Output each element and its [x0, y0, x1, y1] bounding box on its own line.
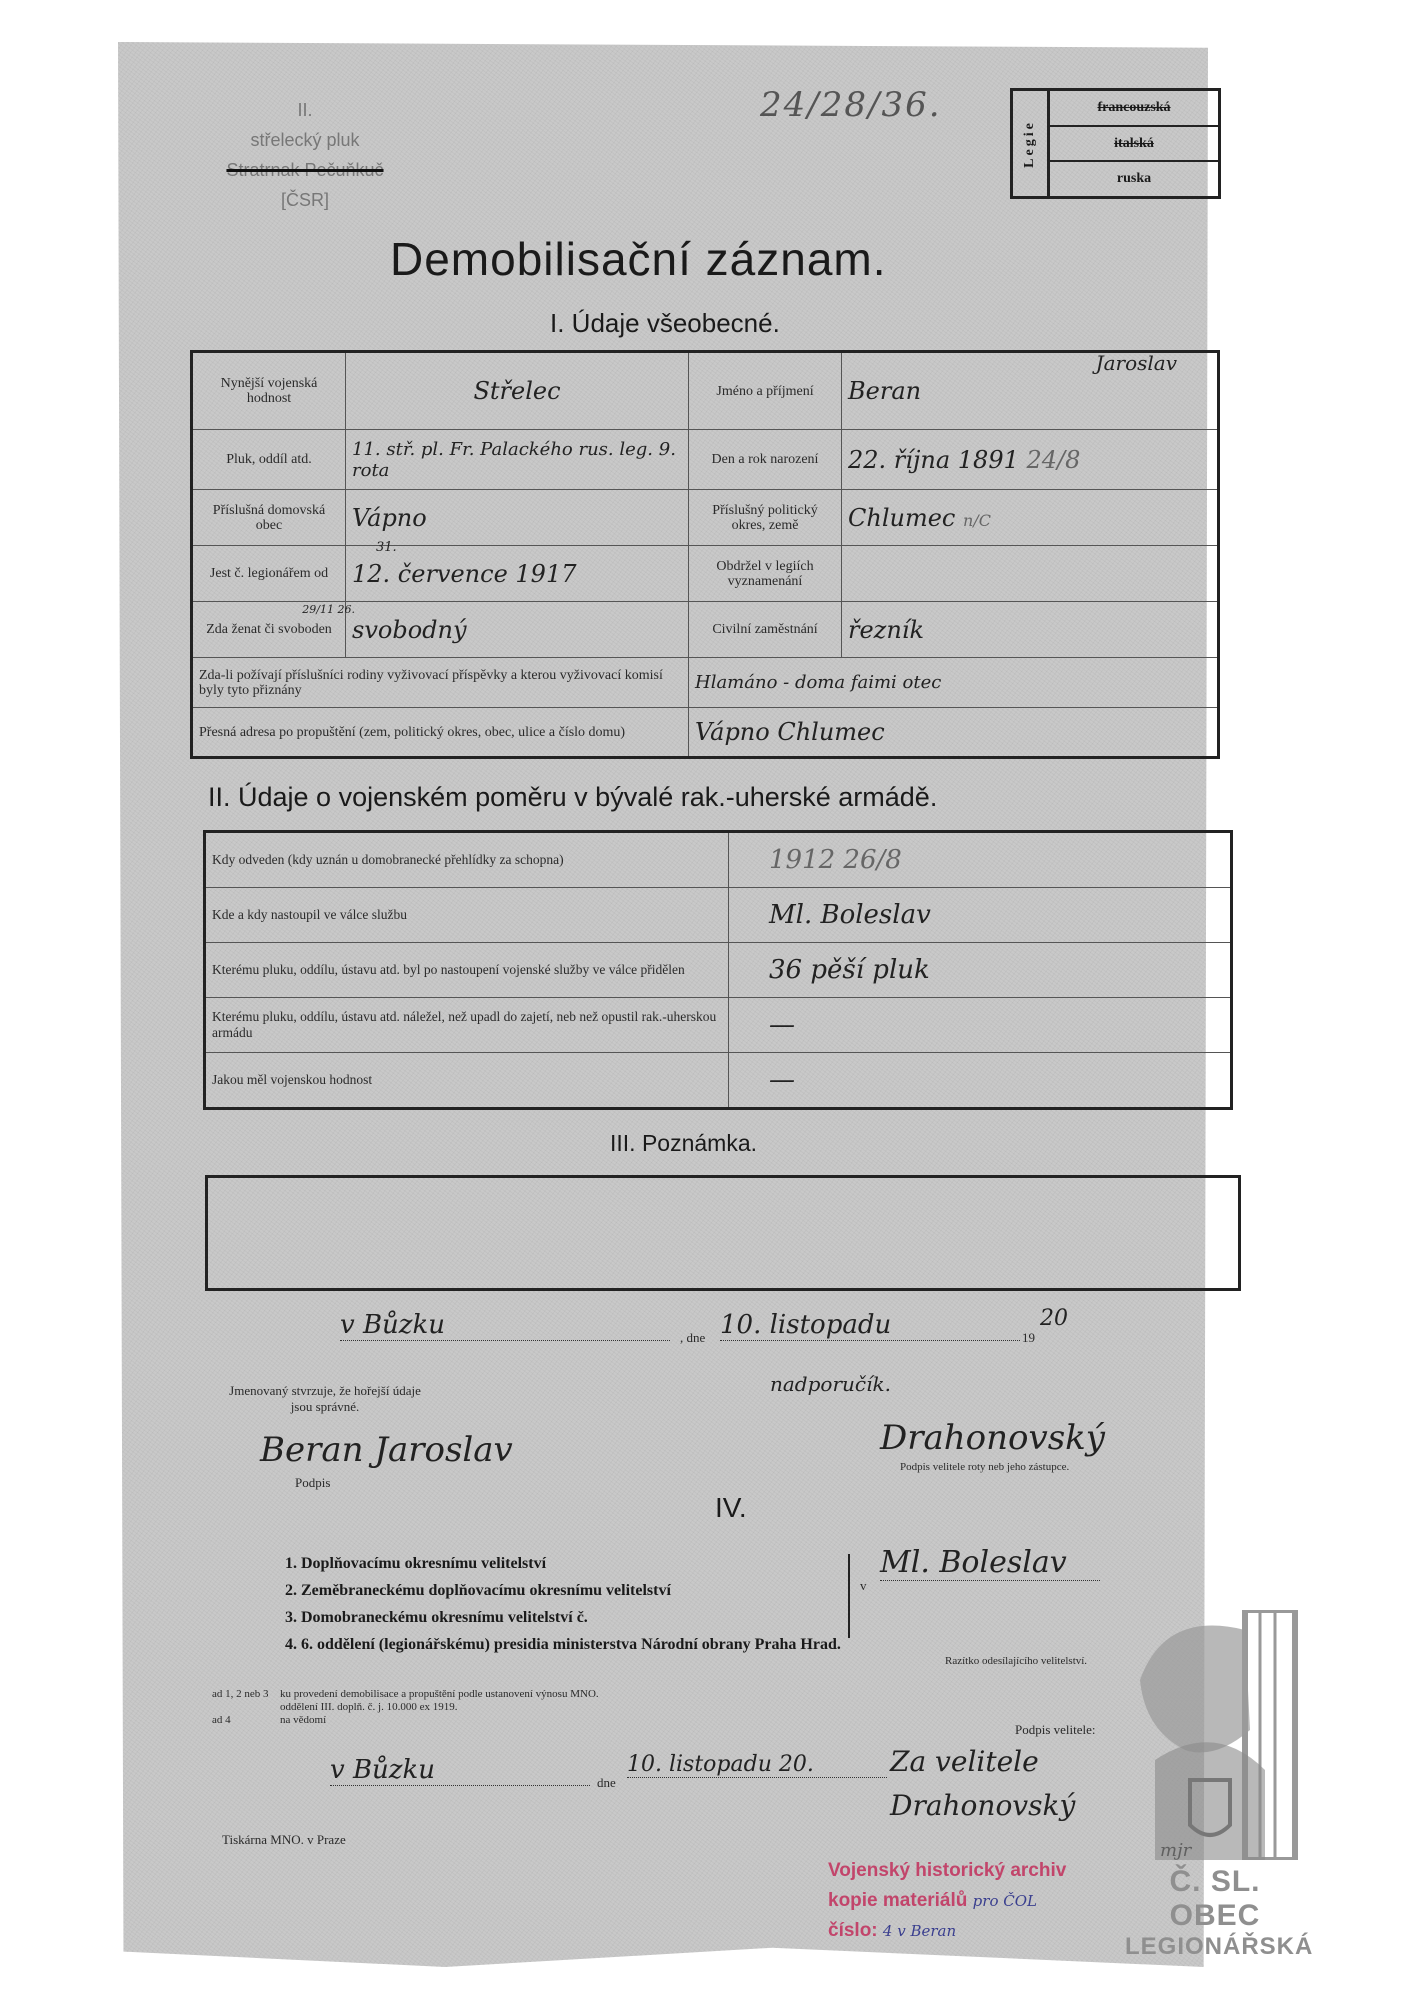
stamp-line: [ČSR]: [175, 185, 435, 215]
footnote-ref: ad 1, 2 neb 3: [212, 1688, 272, 1714]
place-field: v Bůzku: [340, 1310, 670, 1341]
officer-signature: Drahonovský: [880, 1418, 1105, 1458]
stamp-line: II.: [175, 95, 435, 125]
section3-heading: III. Poznámka.: [610, 1130, 757, 1157]
legie-option-french: francouzská: [1050, 91, 1218, 127]
field-label: Den a rok narození: [689, 430, 842, 490]
legie-box: Legie francouzská italská ruska: [1010, 88, 1221, 199]
dne-label-2: dne: [597, 1775, 616, 1791]
field-label: Příslušný politický okres, země: [689, 490, 842, 546]
field-address: Vápno Chlumec: [689, 708, 1219, 758]
section4-heading: IV.: [715, 1492, 747, 1524]
legie-option-russian: ruska: [1050, 162, 1218, 196]
soldier-signature-label: Podpis: [295, 1475, 330, 1491]
v-label: v: [860, 1578, 867, 1594]
field-annotation: 31.: [376, 540, 397, 555]
recipient-item: 3. Domobraneckému okresnímu velitelství …: [285, 1604, 841, 1631]
legie-option-italian: italská: [1050, 127, 1218, 163]
field-label: Nynější vojenská hodnost: [192, 352, 346, 430]
recipient-item: 1. Doplňovacímu okresnímu velitelství: [285, 1550, 841, 1577]
field-label: Pluk, oddíl atd.: [192, 430, 346, 490]
dne-label: , dne: [680, 1330, 705, 1346]
field-label: Přesná adresa po propuštění (zem, politi…: [192, 708, 689, 758]
document-title: Demobilisační záznam.: [390, 232, 887, 286]
footnote-text: ku provedení demobilisace a propuštění p…: [280, 1688, 610, 1714]
field-label: Jest č. legionářem od: [192, 546, 346, 602]
field-label: Zda-li požívají příslušníci rodiny vyživ…: [192, 658, 689, 708]
field-annotation: 29/11 26.: [302, 602, 355, 617]
field-label: Kde a kdy nastoupil ve válce službu: [205, 888, 729, 943]
logo-text-line2: LEGIONÁŘSKÁ: [1125, 1933, 1305, 1961]
field-unit-before-capture: —: [729, 998, 1232, 1053]
archive-stamp-line: číslo:: [828, 1920, 878, 1941]
section1-heading: I. Údaje všeobecné.: [550, 308, 780, 339]
archive-stamp: Vojenský historický archiv kopie materiá…: [828, 1856, 1066, 1946]
field-regiment: 11. stř. pl. Fr. Palackého rus. leg. 9. …: [346, 430, 689, 490]
regiment-stamp: II. střelecký pluk Stratrnak Pečuňkuč [Č…: [175, 95, 435, 215]
footnote-ref: ad 4: [212, 1714, 272, 1727]
legie-label: Legie: [1022, 120, 1038, 168]
field-home-municipality: Vápno: [346, 490, 689, 546]
recipient-list: 1. Doplňovacímu okresnímu velitelství 2.…: [285, 1550, 841, 1658]
field-family-support: Hlamáno - doma faimi otec: [689, 658, 1219, 708]
field-district: Chlumec: [848, 504, 955, 532]
general-data-table: Nynější vojenská hodnost Střelec Jméno a…: [190, 350, 1220, 759]
place-field-2: v Bůzku: [330, 1755, 590, 1786]
printer-imprint: Tiskárna MNO. v Praze: [222, 1832, 346, 1848]
archive-ink: pro ČOL: [973, 1892, 1037, 1910]
field-annotation: n/C: [963, 511, 991, 530]
field-marital-status: svobodný: [346, 602, 689, 658]
field-label: Kterému pluku, oddílu, ústavu atd. nálež…: [205, 998, 729, 1053]
date-field: 10. listopadu: [720, 1310, 1020, 1341]
legion-logo-watermark: Č. SL. OBEC LEGIONÁŘSKÁ: [1125, 1610, 1305, 1935]
stamp-line-struck: Stratrnak Pečuňkuč: [175, 155, 435, 185]
field-occupation: řezník: [842, 602, 1219, 658]
field-birthdate: 22. října 1891: [848, 446, 1019, 474]
field-firstname: Jaroslav: [1096, 351, 1177, 375]
confirmation-text: Jmenovaný stvrzuje, že hořejší údaje jso…: [225, 1383, 425, 1415]
field-label-text: Zda ženat či svoboden: [206, 622, 332, 637]
field-rank: Střelec: [346, 352, 689, 430]
footnotes: ad 1, 2 neb 3ku provedení demobilisace a…: [212, 1688, 610, 1727]
field-former-rank: —: [729, 1053, 1232, 1109]
field-label: Jakou měl vojenskou hodnost: [205, 1053, 729, 1109]
field-label: Civilní zaměstnání: [689, 602, 842, 658]
field-label: Kterému pluku, oddílu, ústavu atd. byl p…: [205, 943, 729, 998]
year-suffix: 20: [1040, 1306, 1068, 1331]
field-legionnaire-since: 12. července 1917: [352, 560, 576, 588]
field-label: Obdržel v legiích vyznamenání: [689, 546, 842, 602]
year-prefix: 19: [1022, 1330, 1035, 1346]
field-conscripted: 1912 26/8: [729, 832, 1232, 888]
archive-ink: 4 v Beran: [883, 1922, 956, 1940]
field-label: Příslušná domovská obec: [192, 490, 346, 546]
recipient-item: 2. Zeměbraneckému doplňovacímu okresnímu…: [285, 1577, 841, 1604]
logo-text-line1: Č. SL. OBEC: [1125, 1865, 1305, 1933]
field-assigned-unit: 36 pěší pluk: [729, 943, 1232, 998]
field-label: Jméno a příjmení: [689, 352, 842, 430]
field-label: Kdy odveden (kdy uznán u domobranecké př…: [205, 832, 729, 888]
stamp-label: Razítko odesílajícího velitelství.: [945, 1655, 1087, 1667]
field-service-start: Ml. Boleslav: [729, 888, 1232, 943]
archive-stamp-line: kopie materiálů: [828, 1890, 967, 1911]
soldier-emblem-icon: [1125, 1610, 1305, 1860]
field-annotation: 24/8: [1027, 446, 1081, 474]
field-decorations: [842, 546, 1219, 602]
date-field-2: 10. listopadu 20.: [627, 1752, 887, 1778]
soldier-signature: Beran Jaroslav: [260, 1430, 513, 1470]
destination-field: Ml. Boleslav: [880, 1545, 1100, 1581]
section2-heading: II. Údaje o vojenském poměru v bývalé ra…: [208, 782, 937, 813]
commander-label: Podpis velitele:: [1015, 1722, 1096, 1738]
footnote-text: na vědomí: [280, 1714, 326, 1727]
recipient-item: 4. 6. oddělení (legionářskému) presidia …: [285, 1631, 841, 1658]
officer-signature-label: Podpis velitele roty neb jeho zástupce.: [900, 1461, 1069, 1473]
archive-stamp-line: Vojenský historický archiv: [828, 1856, 1066, 1886]
stamp-line: střelecký pluk: [175, 125, 435, 155]
brace: [838, 1554, 850, 1638]
note-box: [205, 1175, 1241, 1291]
military-service-table: Kdy odveden (kdy uznán u domobranecké př…: [203, 830, 1233, 1110]
officer-rank: nadporučík.: [770, 1372, 891, 1396]
handwritten-reference: 24/28/36.: [760, 85, 942, 125]
field-surname: Beran: [848, 377, 921, 405]
